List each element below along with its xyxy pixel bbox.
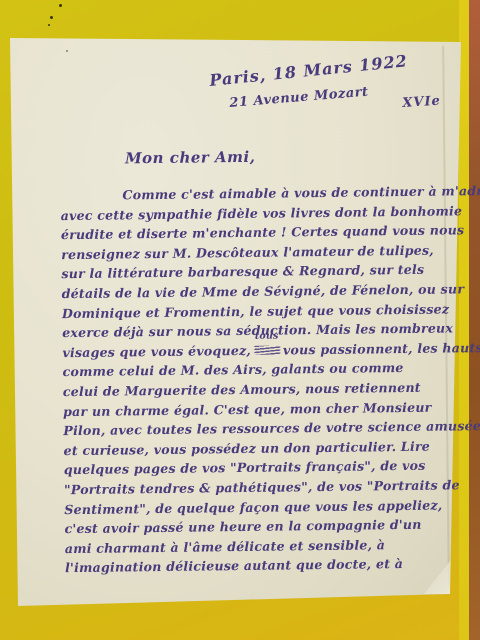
letter-salutation: Mon cher Ami,	[125, 148, 256, 168]
handwritten-correction: tous	[254, 340, 280, 360]
body-line: l'imagination délicieuse autant que doct…	[65, 554, 457, 578]
letter-dateline: Paris, 18 Mars 1922	[209, 51, 409, 90]
letter-address: 21 Avenue Mozart	[229, 85, 369, 111]
letter-district: XVIe	[402, 94, 441, 111]
photo-backdrop: Paris, 18 Mars 1922 21 Avenue Mozart XVI…	[0, 0, 480, 640]
struck-out-word	[254, 345, 280, 354]
inserted-word: tous	[255, 331, 279, 340]
letter-body: Comme c'est aimable à vous de continuer …	[60, 181, 457, 578]
letter-content: Paris, 18 Mars 1922 21 Avenue Mozart XVI…	[0, 0, 480, 640]
